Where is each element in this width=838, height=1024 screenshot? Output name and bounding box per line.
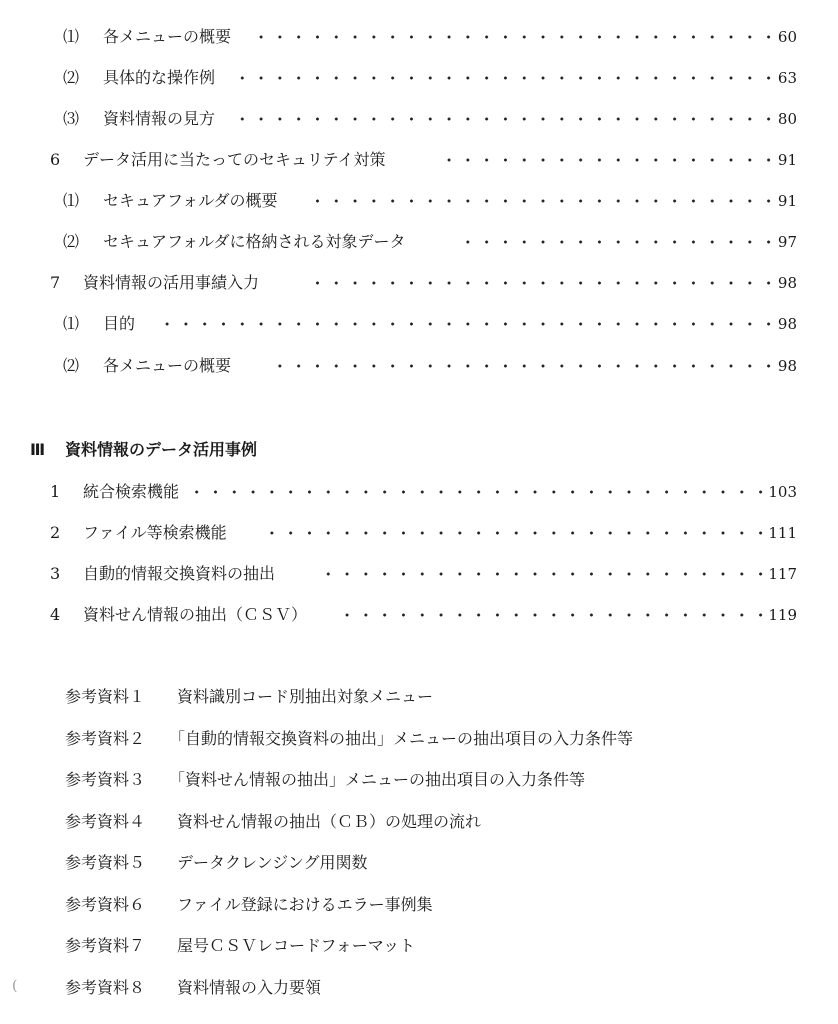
toc-entry-number: 2 — [50, 521, 60, 545]
toc-entry-page: 111 — [757, 521, 797, 545]
toc-entry-title: セキュアフォルダの概要 — [103, 189, 278, 213]
reference-item[interactable]: 参考資料４ 資料せん情報の抽出（ＣＢ）の処理の流れ — [65, 810, 765, 834]
toc-entry-title: 資料せん情報の抽出（ＣＳＶ） — [83, 603, 307, 627]
toc-entry-page: 91 — [757, 148, 797, 172]
dot-leader — [266, 354, 778, 378]
toc-entry-page: 117 — [757, 562, 797, 586]
toc-entry-number: 4 — [50, 603, 60, 627]
toc-entry[interactable]: 6 データ活用に当たってのセキュリテイ対策 91 — [0, 148, 838, 172]
reference-label: 参考資料８ — [65, 976, 145, 1000]
toc-entry-page: 98 — [757, 354, 797, 378]
toc-entry-title: 具体的な操作例 — [103, 66, 215, 90]
dot-leader — [304, 271, 778, 295]
toc-entry-page: 103 — [757, 480, 797, 504]
toc-entry-title: 統合検索機能 — [83, 480, 179, 504]
toc-entry-page: 80 — [757, 107, 797, 131]
reference-title: ファイル登録におけるエラー事例集 — [177, 893, 433, 917]
toc-entry-number: ⑴ — [63, 189, 79, 213]
reference-item[interactable]: 参考資料１ 資料識別コード別抽出対象メニュー — [65, 685, 765, 709]
toc-entry-number: ⑵ — [63, 230, 79, 254]
toc-entry-page: 98 — [757, 312, 797, 336]
section-title: 資料情報のデータ活用事例 — [65, 438, 257, 462]
toc-entry-number: ⑴ — [63, 25, 79, 49]
reference-item[interactable]: 参考資料８ 資料情報の入力要領 — [65, 976, 765, 1000]
toc-entry[interactable]: 3 自動的情報交換資料の抽出 117 — [0, 562, 838, 586]
toc-entry-number: ⑴ — [63, 312, 79, 336]
scan-artifact-mark: ( — [12, 978, 17, 994]
reference-title: 屋号ＣＳＶレコードフォーマット — [177, 934, 415, 958]
toc-entry-page: 91 — [757, 189, 797, 213]
reference-label: 参考資料３ — [65, 768, 145, 792]
reference-title: 資料識別コード別抽出対象メニュー — [177, 685, 433, 709]
reference-label: 参考資料５ — [65, 851, 145, 875]
reference-item[interactable]: 参考資料５ データクレンジング用関数 — [65, 851, 765, 875]
toc-entry-number: ⑵ — [63, 354, 79, 378]
toc-entry-title: データ活用に当たってのセキュリテイ対策 — [83, 148, 386, 172]
reference-label: 参考資料７ — [65, 934, 145, 958]
toc-entry-number: ⑶ — [63, 107, 79, 131]
reference-item[interactable]: 参考資料７ 屋号ＣＳＶレコードフォーマット — [65, 934, 765, 958]
toc-entry-number: ⑵ — [63, 66, 79, 90]
toc-entry[interactable]: ⑶ 資料情報の見方 80 — [0, 107, 838, 131]
toc-entry-title: 自動的情報交換資料の抽出 — [83, 562, 275, 586]
dot-leader — [258, 25, 778, 49]
dot-leader — [180, 480, 770, 504]
toc-entry[interactable]: ⑵ 各メニューの概要 98 — [0, 354, 838, 378]
toc-entry-page: 98 — [757, 271, 797, 295]
dot-leader — [262, 521, 770, 545]
toc-entry-title: 各メニューの概要 — [103, 25, 231, 49]
toc-entry-number: 6 — [50, 148, 60, 172]
toc-entry[interactable]: 4 資料せん情報の抽出（ＣＳＶ） 119 — [0, 603, 838, 627]
toc-entry-number: 1 — [50, 480, 60, 504]
toc-entry[interactable]: ⑴ 目的 98 — [0, 312, 838, 336]
toc-entry-title: 資料情報の活用事績入力 — [83, 271, 259, 295]
reference-label: 参考資料４ — [65, 810, 145, 834]
reference-label: 参考資料１ — [65, 685, 145, 709]
reference-item[interactable]: 参考資料６ ファイル登録におけるエラー事例集 — [65, 893, 765, 917]
toc-entry[interactable]: 1 統合検索機能 103 — [0, 480, 838, 504]
dot-leader — [314, 189, 778, 213]
toc-entry-title: ファイル等検索機能 — [83, 521, 227, 545]
toc-entry-page: 60 — [757, 25, 797, 49]
toc-entry[interactable]: ⑴ セキュアフォルダの概要 91 — [0, 189, 838, 213]
section-numeral: Ⅲ — [30, 440, 45, 459]
toc-entry-title: 目的 — [103, 312, 135, 336]
reference-label: 参考資料２ — [65, 727, 145, 751]
section-heading: Ⅲ — [30, 438, 45, 462]
toc-entry[interactable]: ⑵ 具体的な操作例 63 — [0, 66, 838, 90]
dot-leader — [240, 107, 778, 131]
dot-leader — [466, 230, 778, 254]
dot-leader — [446, 148, 778, 172]
reference-title: データクレンジング用関数 — [177, 851, 367, 875]
reference-label: 参考資料６ — [65, 893, 145, 917]
toc-entry-title: セキュアフォルダに格納される対象データ — [103, 230, 406, 254]
toc-entry-number: 7 — [50, 271, 60, 295]
reference-title: 「資料せん情報の抽出」メニューの抽出項目の入力条件等 — [169, 768, 585, 792]
toc-entry-page: 97 — [757, 230, 797, 254]
reference-title: 「自動的情報交換資料の抽出」メニューの抽出項目の入力条件等 — [169, 727, 633, 751]
dot-leader — [160, 312, 778, 336]
reference-item[interactable]: 参考資料２ 「自動的情報交換資料の抽出」メニューの抽出項目の入力条件等 — [65, 727, 765, 751]
toc-entry-page: 63 — [757, 66, 797, 90]
dot-leader — [240, 66, 778, 90]
dot-leader — [316, 562, 770, 586]
toc-entry-number: 3 — [50, 562, 60, 586]
dot-leader — [340, 603, 770, 627]
toc-entry-title: 各メニューの概要 — [103, 354, 231, 378]
toc-entry[interactable]: ⑴ 各メニューの概要 60 — [0, 25, 838, 49]
toc-entry-page: 119 — [757, 603, 797, 627]
reference-title: 資料情報の入力要領 — [177, 976, 321, 1000]
reference-title: 資料せん情報の抽出（ＣＢ）の処理の流れ — [177, 810, 481, 834]
reference-item[interactable]: 参考資料３ 「資料せん情報の抽出」メニューの抽出項目の入力条件等 — [65, 768, 765, 792]
toc-entry[interactable]: 2 ファイル等検索機能 111 — [0, 521, 838, 545]
toc-entry[interactable]: 7 資料情報の活用事績入力 98 — [0, 271, 838, 295]
toc-entry[interactable]: ⑵ セキュアフォルダに格納される対象データ 97 — [0, 230, 838, 254]
toc-entry-title: 資料情報の見方 — [103, 107, 215, 131]
